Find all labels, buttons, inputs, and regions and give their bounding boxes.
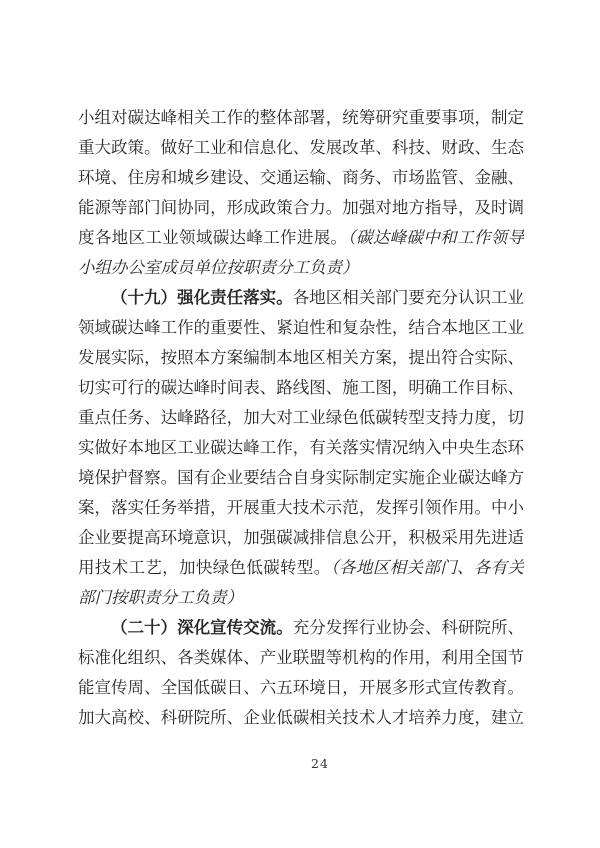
- section-heading: （十九）强化责任落实。: [111, 288, 293, 307]
- body-text-segment: 重点任务、达峰路径，加大对工业绿色低碳转型支持力度，切: [78, 408, 524, 427]
- body-text-segment: 小组对碳达峰相关工作的整体部署，统筹研究重要事项，制定: [78, 108, 524, 127]
- text-line: 小组办公室成员单位按职责分工负责）: [78, 253, 524, 283]
- attribution-text: （各地区相关部门、各有关: [331, 558, 524, 577]
- body-text-segment: 案，落实任务举措，开展重大技术示范，发挥引领作用。中小: [78, 498, 524, 517]
- text-line: 重点任务、达峰路径，加大对工业绿色低碳转型支持力度，切: [78, 403, 524, 433]
- body-text-segment: 标准化组织、各类媒体、产业联盟等机构的作用，利用全国节: [78, 648, 524, 667]
- body-text-segment: 加大高校、科研院所、企业低碳相关技术人才培养力度，建立: [78, 708, 524, 727]
- body-text-segment: 切实可行的碳达峰时间表、路线图、施工图，明确工作目标、: [78, 378, 524, 397]
- body-text-segment: 各地区相关部门要充分认识工业: [293, 288, 524, 307]
- document-page: 小组对碳达峰相关工作的整体部署，统筹研究重要事项，制定 重大政策。做好工业和信息…: [0, 0, 600, 848]
- text-line: 环境、住房和城乡建设、交通运输、商务、市场监管、金融、: [78, 163, 524, 193]
- body-text-segment: 充分发挥行业协会、科研院所、: [293, 618, 524, 637]
- body-text-segment: 能源等部门间协同，形成政策合力。加强对地方指导，及时调: [78, 198, 524, 217]
- text-line: 部门按职责分工负责）: [78, 583, 524, 613]
- page-number: 24: [311, 756, 329, 772]
- text-line: 加大高校、科研院所、企业低碳相关技术人才培养力度，建立: [78, 703, 524, 733]
- text-line: 能宣传周、全国低碳日、六五环境日，开展多形式宣传教育。: [78, 673, 524, 703]
- body-text-segment: 重大政策。做好工业和信息化、发展改革、科技、财政、生态: [78, 138, 524, 157]
- body-text-segment: 境保护督察。国有企业要结合自身实际制定实施企业碳达峰方: [78, 468, 524, 487]
- body-text-segment: 环境、住房和城乡建设、交通运输、商务、市场监管、金融、: [78, 168, 524, 187]
- text-line: 标准化组织、各类媒体、产业联盟等机构的作用，利用全国节: [78, 643, 524, 673]
- text-line: 度各地区工业领域碳达峰工作进展。（碳达峰碳中和工作领导: [78, 223, 524, 253]
- text-line: 重大政策。做好工业和信息化、发展改革、科技、财政、生态: [78, 133, 524, 163]
- text-line: 案，落实任务举措，开展重大技术示范，发挥引领作用。中小: [78, 493, 524, 523]
- attribution-text: （碳达峰碳中和工作领导: [347, 228, 524, 247]
- text-block: 小组对碳达峰相关工作的整体部署，统筹研究重要事项，制定 重大政策。做好工业和信息…: [78, 103, 524, 733]
- text-line: 实做好本地区工业碳达峰工作，有关落实情况纳入中央生态环: [78, 433, 524, 463]
- text-line: 发展实际，按照本方案编制本地区相关方案，提出符合实际、: [78, 343, 524, 373]
- attribution-text: 小组办公室成员单位按职责分工负责）: [78, 258, 359, 277]
- body-text-segment: 领域碳达峰工作的重要性、紧迫性和复杂性，结合本地区工业: [78, 318, 524, 337]
- body-text-segment: 企业要提高环境意识，加强碳减排信息公开，积极采用先进适: [78, 528, 524, 547]
- text-line: （十九）强化责任落实。各地区相关部门要充分认识工业: [78, 283, 524, 313]
- body-text-segment: 度各地区工业领域碳达峰工作进展。: [78, 228, 347, 247]
- body-text-segment: 发展实际，按照本方案编制本地区相关方案，提出符合实际、: [78, 348, 524, 367]
- attribution-text: 部门按职责分工负责）: [78, 588, 243, 607]
- text-line: 境保护督察。国有企业要结合自身实际制定实施企业碳达峰方: [78, 463, 524, 493]
- body-text-segment: 能宣传周、全国低碳日、六五环境日，开展多形式宣传教育。: [78, 678, 524, 697]
- text-line: 能源等部门间协同，形成政策合力。加强对地方指导，及时调: [78, 193, 524, 223]
- text-line: 小组对碳达峰相关工作的整体部署，统筹研究重要事项，制定: [78, 103, 524, 133]
- text-line: 领域碳达峰工作的重要性、紧迫性和复杂性，结合本地区工业: [78, 313, 524, 343]
- text-line: 切实可行的碳达峰时间表、路线图、施工图，明确工作目标、: [78, 373, 524, 403]
- text-line: （二十）深化宣传交流。充分发挥行业协会、科研院所、: [78, 613, 524, 643]
- text-line: 企业要提高环境意识，加强碳减排信息公开，积极采用先进适: [78, 523, 524, 553]
- section-heading: （二十）深化宣传交流。: [111, 618, 293, 637]
- body-text-segment: 实做好本地区工业碳达峰工作，有关落实情况纳入中央生态环: [78, 438, 524, 457]
- body-text-segment: 用技术工艺，加快绿色低碳转型。: [78, 558, 331, 577]
- text-line: 用技术工艺，加快绿色低碳转型。（各地区相关部门、各有关: [78, 553, 524, 583]
